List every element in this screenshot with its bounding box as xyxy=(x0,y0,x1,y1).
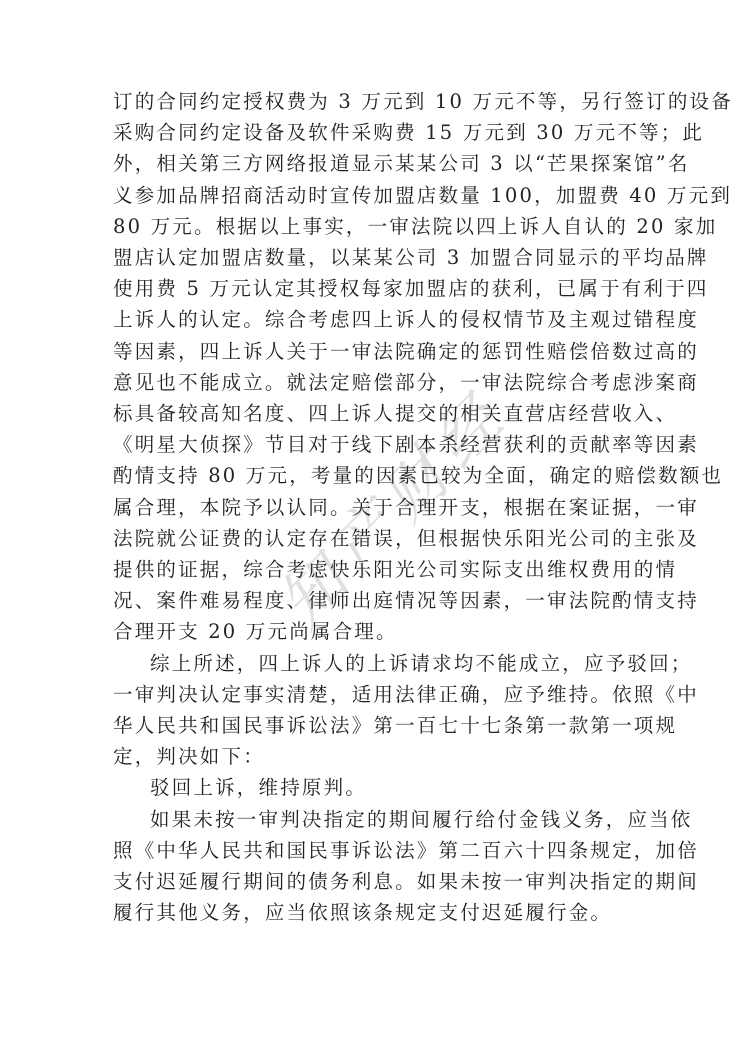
text-line: 定，判决如下： xyxy=(113,741,698,772)
text-line: 如果未按一审判决指定的期间履行给付金钱义务，应当依 xyxy=(113,804,698,835)
text-line: 订的合同约定授权费为 3 万元到 10 万元不等，另行签订的设备 xyxy=(113,86,698,117)
text-line: 酌情支持 80 万元，考量的因素已较为全面，确定的赔偿数额也 xyxy=(113,460,698,491)
text-line: 盟店认定加盟店数量，以某某公司 3 加盟合同显示的平均品牌 xyxy=(113,242,698,273)
text-line: 综上所述，四上诉人的上诉请求均不能成立，应予驳回； xyxy=(113,648,698,679)
text-line: 提供的证据，综合考虑快乐阳光公司实际支出维权费用的情 xyxy=(113,554,698,585)
text-line: 义参加品牌招商活动时宣传加盟店数量 100，加盟费 40 万元到 xyxy=(113,180,698,211)
paragraph: 综上所述，四上诉人的上诉请求均不能成立，应予驳回；一审判决认定事实清楚，适用法律… xyxy=(113,648,698,773)
text-line: 华人民共和国民事诉讼法》第一百七十七条第一款第一项规 xyxy=(113,710,698,741)
text-line: 采购合同约定设备及软件采购费 15 万元到 30 万元不等；此 xyxy=(113,117,698,148)
text-line: 驳回上诉，维持原判。 xyxy=(113,772,698,803)
text-line: 况、案件难易程度、律师出庭情况等因素，一审法院酌情支持 xyxy=(113,585,698,616)
text-line: 属合理，本院予以认同。关于合理开支，根据在案证据，一审 xyxy=(113,492,698,523)
text-line: 80 万元。根据以上事实，一审法院以四上诉人自认的 20 家加 xyxy=(113,211,698,242)
judgment-text-body: 订的合同约定授权费为 3 万元到 10 万元不等，另行签订的设备采购合同约定设备… xyxy=(113,86,698,928)
paragraph: 如果未按一审判决指定的期间履行给付金钱义务，应当依照《中华人民共和国民事诉讼法》… xyxy=(113,804,698,929)
text-line: 合理开支 20 万元尚属合理。 xyxy=(113,616,698,647)
text-line: 一审判决认定事实清楚，适用法律正确，应予维持。依照《中 xyxy=(113,679,698,710)
text-line: 履行其他义务，应当依照该条规定支付迟延履行金。 xyxy=(113,897,698,928)
document-page: 知产财经 订的合同约定授权费为 3 万元到 10 万元不等，另行签订的设备采购合… xyxy=(0,0,750,1061)
text-line: 法院就公证费的认定存在错误，但根据快乐阳光公司的主张及 xyxy=(113,523,698,554)
text-line: 支付迟延履行期间的债务利息。如果未按一审判决指定的期间 xyxy=(113,866,698,897)
paragraph: 驳回上诉，维持原判。 xyxy=(113,772,698,803)
text-line: 等因素，四上诉人关于一审法院确定的惩罚性赔偿倍数过高的 xyxy=(113,336,698,367)
text-line: 《明星大侦探》节目对于线下剧本杀经营获利的贡献率等因素 xyxy=(113,429,698,460)
text-line: 标具备较高知名度、四上诉人提交的相关直营店经营收入、 xyxy=(113,398,698,429)
text-line: 上诉人的认定。综合考虑四上诉人的侵权情节及主观过错程度 xyxy=(113,304,698,335)
text-line: 照《中华人民共和国民事诉讼法》第二百六十四条规定，加倍 xyxy=(113,835,698,866)
paragraph: 订的合同约定授权费为 3 万元到 10 万元不等，另行签订的设备采购合同约定设备… xyxy=(113,86,698,648)
text-line: 使用费 5 万元认定其授权每家加盟店的获利，已属于有利于四 xyxy=(113,273,698,304)
text-line: 外，相关第三方网络报道显示某某公司 3 以“芒果探案馆”名 xyxy=(113,148,698,179)
text-line: 意见也不能成立。就法定赔偿部分，一审法院综合考虑涉案商 xyxy=(113,367,698,398)
